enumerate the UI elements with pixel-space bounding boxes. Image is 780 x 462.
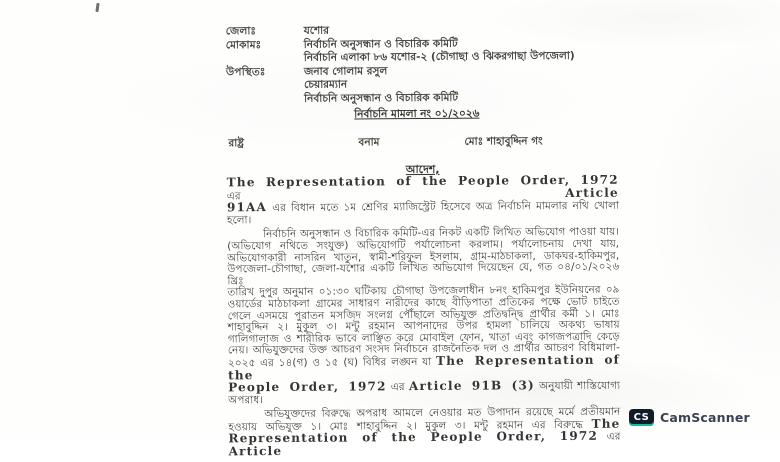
meta-row: মোকামঃনির্বাচনি অনুসন্ধান ও বিচারিক কমিট…	[226, 36, 618, 66]
meta-value: নির্বাচনি অনুসন্ধান ও বিচারিক কমিটি	[304, 91, 618, 107]
bengali-text: হলো।	[227, 214, 251, 226]
english-legal-text: People Order, 1972	[228, 379, 387, 394]
scanned-page: জেলাঃযশোরমোকামঃনির্বাচনি অনুসন্ধান ও বিচ…	[0, 0, 780, 438]
meta-label: উপস্থিতঃ	[226, 66, 304, 80]
camscanner-watermark: CS CamScanner	[629, 409, 750, 426]
body-line: People Order, 1972 এর Article 91B (3) অন…	[228, 380, 620, 407]
meta-row: উপস্থিতঃজনাব গোলাম রসুলচেয়ারম্যাননির্বা…	[226, 63, 618, 107]
plaintiff-label: রাষ্ট্র	[228, 136, 244, 153]
meta-label: জেলাঃ	[226, 25, 304, 39]
meta-values: নির্বাচনি অনুসন্ধান ও বিচারিক কমিটিনির্ব…	[304, 36, 618, 65]
english-legal-text: Representation of the People Order, 1972	[228, 429, 598, 438]
body-paragraph: অভিযুক্তদের বিরুদ্ধে অপরাধ আমলে নেওয়ার …	[228, 407, 620, 438]
camscanner-logo-icon: CS	[629, 409, 654, 426]
versus-row: রাষ্ট্র বনাম মোঃ শাহাবুদ্দিন গং	[226, 134, 618, 151]
case-number: নির্বাচনি মামলা নং ০১/২০২৬	[354, 107, 479, 125]
bengali-text: এর বিধান মতে ১ম শ্রেণির ম্যাজিস্ট্রেট হি…	[267, 200, 619, 214]
meta-block: জেলাঃযশোরমোকামঃনির্বাচনি অনুসন্ধান ও বিচ…	[226, 23, 619, 107]
english-legal-text: 91AA	[227, 200, 267, 214]
body-paragraph: নির্বাচনি অনুসন্ধান ও বিচারিক কমিটি-এর ন…	[227, 227, 620, 407]
body-line: Representation of the People Order, 1972…	[228, 431, 620, 438]
meta-values: জনাব গোলাম রসুলচেয়ারম্যাননির্বাচনি অনুস…	[304, 63, 618, 106]
document-content: জেলাঃযশোরমোকামঃনির্বাচনি অনুসন্ধান ও বিচ…	[225, 0, 620, 438]
bengali-text: ২০২৫ এর ১৪(গ) ও ১৫ (ঘ) বিধির লঙ্ঘন যা	[228, 356, 436, 369]
order-body: The Representation of the People Order, …	[227, 175, 621, 438]
english-legal-text: Article	[565, 185, 619, 199]
camscanner-name: CamScanner	[660, 410, 750, 425]
bengali-text: এর	[598, 431, 621, 438]
body-paragraph: The Representation of the People Order, …	[227, 175, 619, 227]
bengali-text: এর	[387, 381, 409, 393]
body-line: The Representation of the People Order, …	[227, 175, 619, 203]
meta-label: মোকামঃ	[226, 38, 304, 52]
versus-label: বনাম	[358, 135, 379, 152]
scan-artifact-mark	[95, 3, 99, 12]
defendant-label: মোঃ শাহাবুদ্দিন গং	[464, 134, 542, 152]
english-legal-text: Article 91B (3)	[409, 378, 535, 393]
